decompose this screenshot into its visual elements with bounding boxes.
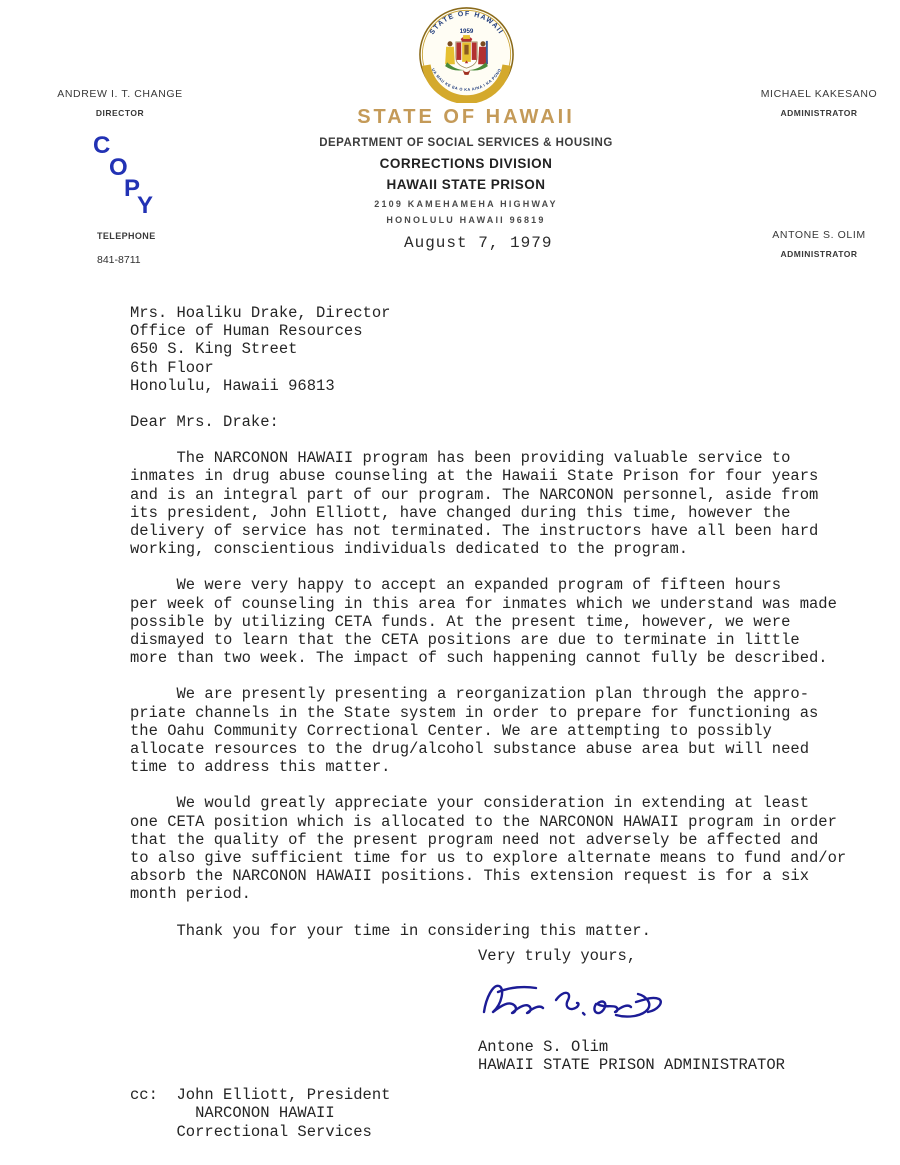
address-line: 650 S. King Street: [130, 340, 840, 358]
cc-line: NARCONON HAWAII: [130, 1104, 390, 1122]
copy-stamp-letter: Y: [137, 192, 153, 220]
paragraph-line: We were very happy to accept an expanded…: [130, 576, 840, 594]
paragraph-line: allocate resources to the drug/alcohol s…: [130, 740, 840, 758]
letterhead-address-line1: 2109 KAMEHAMEHA HIGHWAY: [250, 199, 682, 209]
official-right-bottom-name: ANTONE S. OLIM: [740, 229, 898, 241]
paragraph-line: one CETA position which is allocated to …: [130, 813, 840, 831]
official-right-bottom: ANTONE S. OLIM ADMINISTRATOR: [740, 229, 898, 259]
letterhead-division: CORRECTIONS DIVISION: [250, 156, 682, 171]
signature-block: Antone S. Olim HAWAII STATE PRISON ADMIN…: [478, 1038, 785, 1074]
salutation: Dear Mrs. Drake:: [130, 413, 840, 431]
cc-block: cc: John Elliott, President NARCONON HAW…: [130, 1086, 390, 1141]
telephone-block: TELEPHONE 841-8711: [97, 231, 156, 266]
telephone-label: TELEPHONE: [97, 231, 156, 241]
official-left-title: DIRECTOR: [40, 108, 200, 118]
paragraph-line: We are presently presenting a reorganiza…: [130, 685, 840, 703]
paragraph-line: more than two week. The impact of such h…: [130, 649, 840, 667]
letter-body: Mrs. Hoaliku Drake, DirectorOffice of Hu…: [130, 304, 840, 940]
hawaii-state-seal-icon: STATE OF HAWAII 1959: [418, 6, 515, 103]
official-right-bottom-title: ADMINISTRATOR: [740, 249, 898, 259]
paragraph-4: We would greatly appreciate your conside…: [130, 794, 840, 903]
paragraph-line: absorb the NARCONON HAWAII positions. Th…: [130, 867, 840, 885]
cc-line: Correctional Services: [130, 1123, 390, 1141]
cc-line: cc: John Elliott, President: [130, 1086, 390, 1104]
official-right-top-title: ADMINISTRATOR: [740, 108, 898, 118]
paragraph-line: time to address this matter.: [130, 758, 840, 776]
letter-page: STATE OF HAWAII 1959: [0, 0, 900, 1165]
paragraph-line: per week of counseling in this area for …: [130, 595, 840, 613]
signature-title: HAWAII STATE PRISON ADMINISTRATOR: [478, 1056, 785, 1074]
paragraph-1: The NARCONON HAWAII program has been pro…: [130, 449, 840, 558]
signature-ink-icon: [476, 972, 671, 1030]
address-line: Honolulu, Hawaii 96813: [130, 377, 840, 395]
paragraph-line: We would greatly appreciate your conside…: [130, 794, 840, 812]
letter-date: August 7, 1979: [404, 234, 552, 252]
official-right-top-name: MICHAEL KAKESANO: [740, 88, 898, 100]
letterhead-facility: HAWAII STATE PRISON: [250, 177, 682, 192]
paragraph-line: inmates in drug abuse counseling at the …: [130, 467, 840, 485]
paragraph-line: that the quality of the present program …: [130, 831, 840, 849]
official-right-top: MICHAEL KAKESANO ADMINISTRATOR: [740, 88, 898, 118]
paragraph-line: The NARCONON HAWAII program has been pro…: [130, 449, 840, 467]
address-line: Office of Human Resources: [130, 322, 840, 340]
thanks-line: Thank you for your time in considering t…: [130, 922, 840, 940]
paragraph-line: to also give sufficient time for us to e…: [130, 849, 840, 867]
letterhead-address-line2: HONOLULU HAWAII 96819: [250, 215, 682, 225]
address-line: 6th Floor: [130, 359, 840, 377]
closing-line: Very truly yours,: [478, 947, 636, 965]
telephone-number: 841-8711: [97, 254, 156, 266]
paragraph-line: the Oahu Community Correctional Center. …: [130, 722, 840, 740]
paragraph-line: its president, John Elliott, have change…: [130, 504, 840, 522]
letterhead-department: DEPARTMENT OF SOCIAL SERVICES & HOUSING: [250, 137, 682, 149]
address-line: Mrs. Hoaliku Drake, Director: [130, 304, 840, 322]
paragraph-3: We are presently presenting a reorganiza…: [130, 685, 840, 776]
seal-graphic: STATE OF HAWAII 1959: [418, 6, 515, 103]
letterhead: STATE OF HAWAII DEPARTMENT OF SOCIAL SER…: [250, 106, 682, 231]
handwritten-signature: [476, 972, 671, 1030]
paragraph-line: working, conscientious individuals dedic…: [130, 540, 840, 558]
copy-stamp: C O P Y: [85, 128, 165, 218]
paragraph-line: and is an integral part of our program. …: [130, 486, 840, 504]
paragraph-line: priate channels in the State system in o…: [130, 704, 840, 722]
official-left-name: ANDREW I. T. CHANGE: [40, 88, 200, 100]
recipient-address: Mrs. Hoaliku Drake, DirectorOffice of Hu…: [130, 304, 840, 395]
paragraph-line: possible by utilizing CETA funds. At the…: [130, 613, 840, 631]
letterhead-state: STATE OF HAWAII: [250, 106, 682, 129]
seal-year: 1959: [460, 28, 474, 35]
copy-stamp-letter: C: [93, 132, 110, 160]
paragraph-line: dismayed to learn that the CETA position…: [130, 631, 840, 649]
paragraph-2: We were very happy to accept an expanded…: [130, 576, 840, 667]
official-left: ANDREW I. T. CHANGE DIRECTOR: [40, 88, 200, 118]
signature-name: Antone S. Olim: [478, 1038, 785, 1056]
paragraph-line: month period.: [130, 885, 840, 903]
paragraph-line: delivery of service has not terminated. …: [130, 522, 840, 540]
